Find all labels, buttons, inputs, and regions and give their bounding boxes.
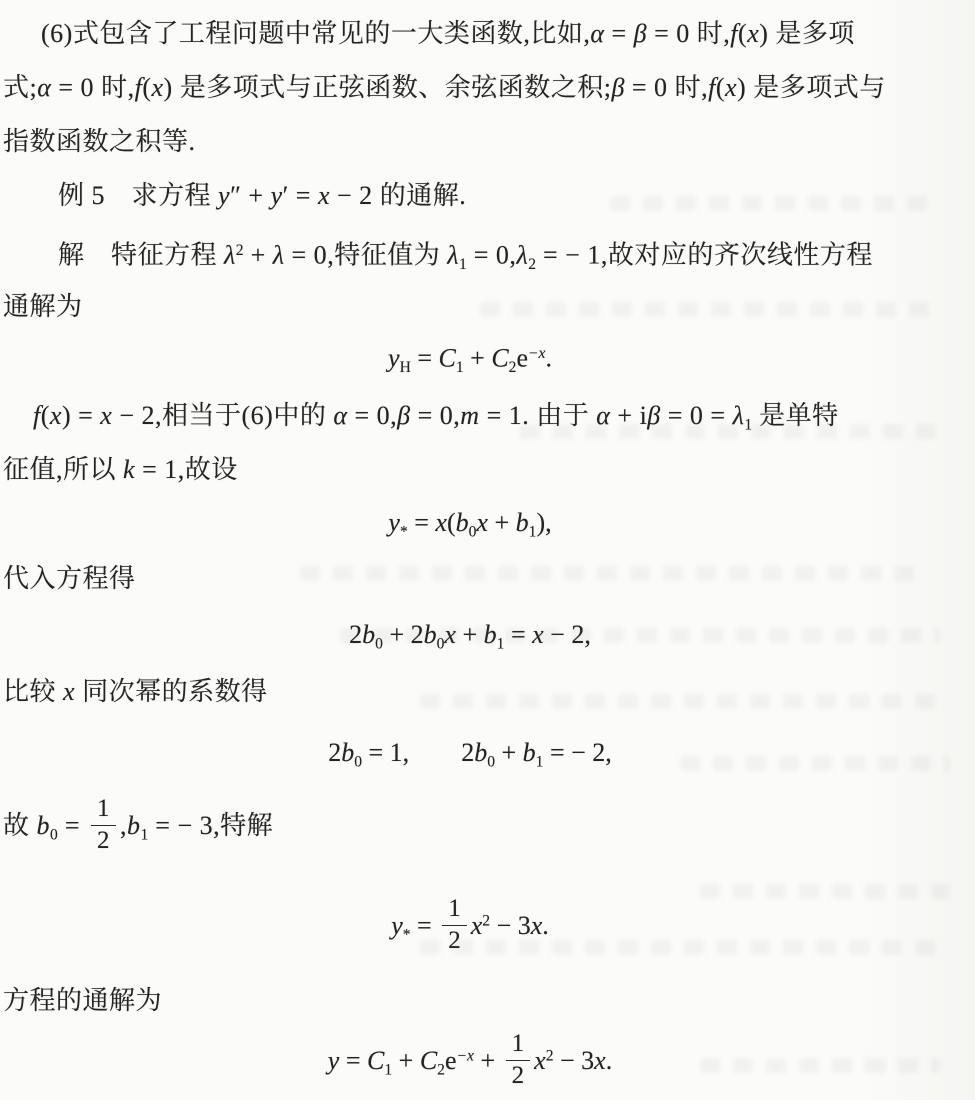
solution-line: 解 特征方程 λ2 + λ = 0,特征值为 λ1 = 0,λ2 = − 1,故…: [3, 231, 955, 285]
formula-general-solution: y = C1 + C2e−x + 12x2 − 3x.: [0, 1033, 940, 1094]
b-values-line: 故 b0 = 12,b1 = − 3,特解: [3, 798, 955, 859]
formula-particular-solution: y* = 12x2 − 3x.: [0, 898, 940, 959]
intro-paragraph-line-1: (6)式包含了工程问题中常见的一大类函数,比如,α = β = 0 时,f(x)…: [3, 14, 955, 54]
general-solution-intro-line: 通解为: [3, 287, 955, 327]
formula-particular-form: y* = x(b0x + b1),: [0, 503, 940, 552]
textbook-page: (6)式包含了工程问题中常见的一大类函数,比如,α = β = 0 时,f(x)…: [0, 0, 975, 1100]
substitute-line: 代入方程得: [3, 559, 955, 599]
general-solution-label-line: 方程的通解为: [3, 981, 955, 1021]
compare-coefficients-line: 比较 x 同次幂的系数得: [3, 672, 955, 712]
formula-coefficient-equations: 2b0 = 1, 2b0 + b1 = − 2,: [0, 733, 940, 782]
bleedthrough-smudge: [700, 884, 950, 899]
intro-paragraph-line-3: 指数函数之积等.: [3, 122, 955, 162]
formula-substituted: 2b0 + 2b0x + b1 = x − 2,: [0, 615, 940, 664]
example5-heading-line: 例 5 求方程 y″ + y′ = x − 2 的通解.: [3, 176, 955, 216]
k-value-line: 征值,所以 k = 1,故设: [3, 450, 955, 490]
fx-parameters-line: f(x) = x − 2,相当于(6)中的 α = 0,β = 0,m = 1.…: [3, 396, 955, 445]
intro-paragraph-line-2: 式;α = 0 时,f(x) 是多项式与正弦函数、余弦函数之积;β = 0 时,…: [3, 68, 955, 108]
formula-homogeneous-solution: yH = C1 + C2e−x.: [0, 334, 940, 388]
